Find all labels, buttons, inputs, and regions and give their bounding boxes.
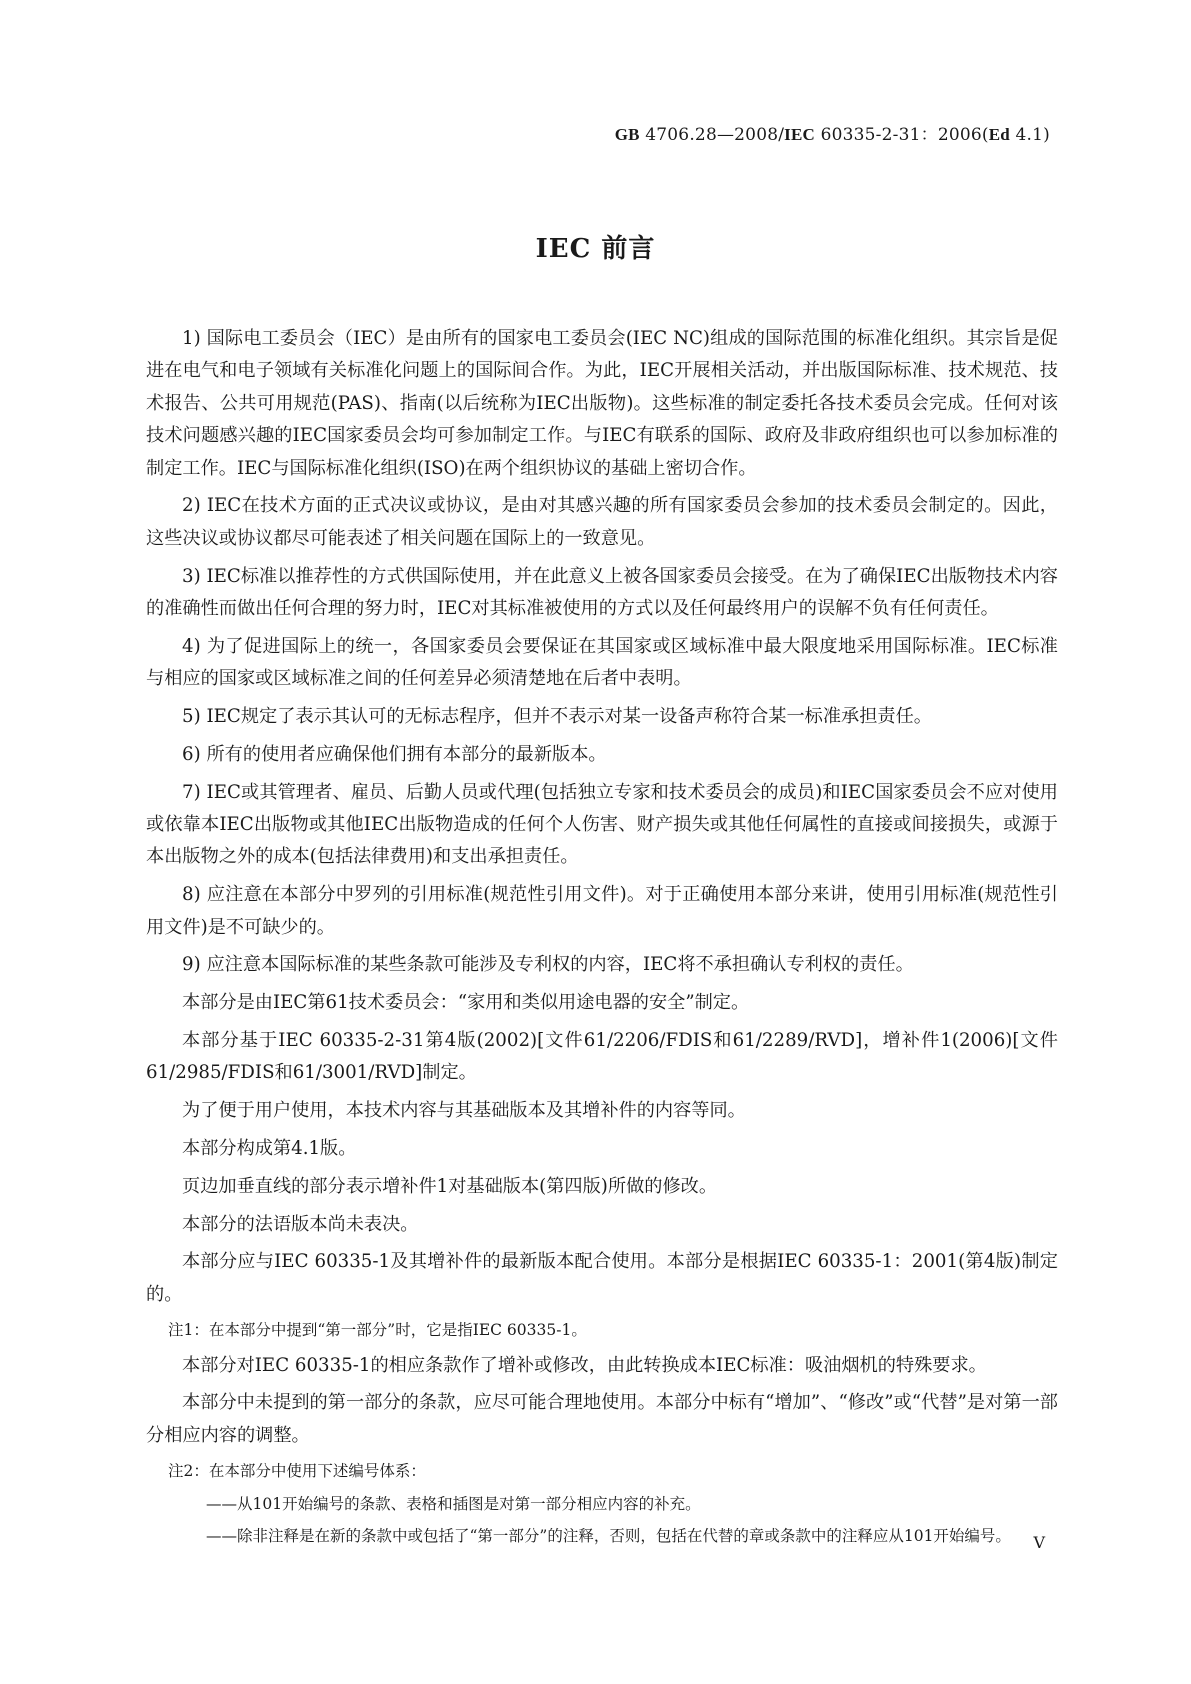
paragraph-5: 5) IEC规定了表示其认可的无标志程序，但并不表示对某一设备声称符合某一标准承… <box>146 701 1058 733</box>
paragraph-3: 3) IEC标准以推荐性的方式供国际使用，并在此意义上被各国家委员会接受。在为了… <box>146 561 1058 626</box>
paragraph-usage: 本部分应与IEC 60335-1及其增补件的最新版本配合使用。本部分是根据IEC… <box>146 1246 1058 1311</box>
page-title: IEC 前言 <box>0 228 1191 265</box>
paragraph-edition: 本部分构成第4.1版。 <box>146 1133 1058 1165</box>
paragraph-tc61: 本部分是由IEC第61技术委员会：“家用和类似用途电器的安全”制定。 <box>146 987 1058 1019</box>
paragraph-margin-lines: 页边加垂直线的部分表示增补件1对基础版本(第四版)所做的修改。 <box>146 1171 1058 1203</box>
document-header: GB 4706.28—2008/IEC 60335-2-31：2006(Ed 4… <box>615 120 1050 145</box>
paragraph-1: 1) 国际电工委员会（IEC）是由所有的国家电工委员会(IEC NC)组成的国际… <box>146 323 1058 485</box>
document-body: 1) 国际电工委员会（IEC）是由所有的国家电工委员会(IEC NC)组成的国际… <box>146 323 1058 1555</box>
header-ed-number: 4.1) <box>1010 125 1050 145</box>
paragraph-4: 4) 为了促进国际上的统一，各国家委员会要保证在其国家或区域标准中最大限度地采用… <box>146 631 1058 696</box>
paragraph-french-version: 本部分的法语版本尚未表决。 <box>146 1209 1058 1241</box>
page-number: V <box>1033 1533 1045 1552</box>
note-2-item-2: ——除非注释是在新的条款中或包括了“第一部分”的注释，否则，包括在代替的章或条款… <box>206 1523 1058 1550</box>
paragraph-7: 7) IEC或其管理者、雇员、后勤人员或代理(包括独立专家和技术委员会的成员)和… <box>146 777 1058 874</box>
paragraph-6: 6) 所有的使用者应确保他们拥有本部分的最新版本。 <box>146 739 1058 771</box>
note-1: 注1：在本部分中提到“第一部分”时，它是指IEC 60335-1。 <box>168 1317 1058 1344</box>
paragraph-2: 2) IEC在技术方面的正式决议或协议，是由对其感兴趣的所有国家委员会参加的技术… <box>146 490 1058 555</box>
header-ed: Ed <box>989 125 1010 144</box>
header-gb-number: 4706.28—2008/ <box>640 125 785 145</box>
paragraph-adjustment: 本部分中未提到的第一部分的条款，应尽可能合理地使用。本部分中标有“增加”、“修改… <box>146 1387 1058 1452</box>
paragraph-8: 8) 应注意在本部分中罗列的引用标准(规范性引用文件)。对于正确使用本部分来讲，… <box>146 879 1058 944</box>
paragraph-equivalence: 为了便于用户使用，本技术内容与其基础版本及其增补件的内容等同。 <box>146 1095 1058 1127</box>
note-2: 注2：在本部分中使用下述编号体系： <box>168 1458 1058 1485</box>
header-gb: GB <box>615 125 640 144</box>
paragraph-supplement: 本部分对IEC 60335-1的相应条款作了增补或修改，由此转换成本IEC标准：… <box>146 1350 1058 1382</box>
paragraph-basis: 本部分基于IEC 60335-2-31第4版(2002)[文件61/2206/F… <box>146 1025 1058 1090</box>
header-iec: IEC <box>784 125 815 144</box>
paragraph-9: 9) 应注意本国际标准的某些条款可能涉及专利权的内容，IEC将不承担确认专利权的… <box>146 949 1058 981</box>
note-2-item-1: ——从101开始编号的条款、表格和插图是对第一部分相应内容的补充。 <box>206 1491 1058 1518</box>
header-iec-number: 60335-2-31：2006( <box>815 125 989 145</box>
